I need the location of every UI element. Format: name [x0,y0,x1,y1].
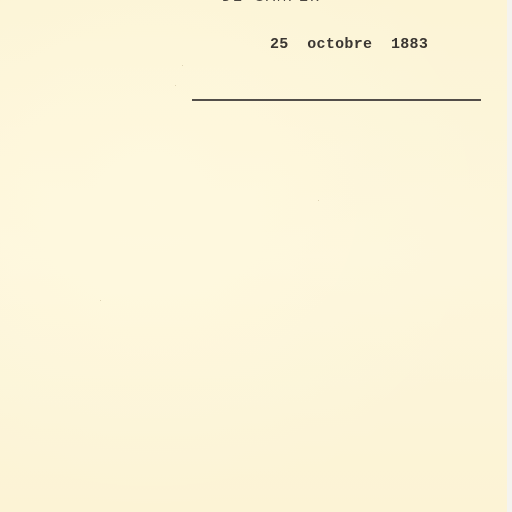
paper-speck [175,85,176,86]
paper-speck [182,65,183,66]
header-text-cut-off: DE SAMPER [222,0,321,6]
date-day: 25 [270,36,289,53]
horizontal-rule [192,99,481,101]
paper-speck [100,300,101,301]
date-year: 1883 [391,36,428,53]
paper-speck [318,200,319,201]
paper-page: DE SAMPER 25 octobre 1883 [0,0,507,512]
date-month: octobre [307,36,372,53]
date-line: 25 octobre 1883 [270,36,428,53]
